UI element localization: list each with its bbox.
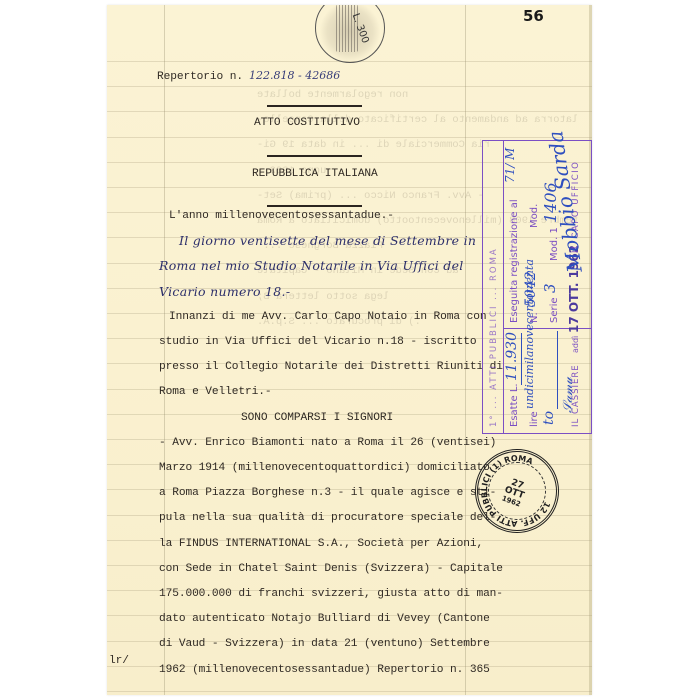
title-rule-middle [267,155,362,157]
esatte-underline [521,333,522,385]
eseguita-label: Eseguita registrazione al [509,199,520,323]
title-rule-bottom [267,205,362,207]
section-heading: SONO COMPARSI I SIGNORI [241,412,393,424]
typed-line: presso il Collegio Notarile dei Distrett… [159,361,503,373]
margin-note: lr/ [109,655,129,667]
esatte-label: Esatte L. [509,383,520,427]
typed-line: pula nella sua qualità di procuratore sp… [159,512,496,524]
ruled-line [107,691,592,692]
typed-line: 1962 (millenovecentosessantadue) Reperto… [159,664,490,676]
typed-line: di Vaud - Svizzera) in data 21 (ventuno)… [159,638,490,650]
mod-label-1: Mod. [529,204,540,228]
typed-line: Marzo 1914 (millenovecentoquattordici) d… [159,462,490,474]
handwritten-line: Roma nel mio Studio Notarile in Via Uffi… [159,258,464,273]
registration-stamp-header: 1° ... ATTI PUBBLICI ... ROMA [489,247,499,427]
ruled-line [107,86,592,87]
typed-line: con Sede in Chatel Saint Denis (Svizzera… [159,563,503,575]
revenue-stamp: L. 300 [315,5,385,63]
lire-value-cont: to [541,411,557,425]
title-rule-top [267,105,362,107]
typed-line: - Avv. Enrico Biamonti nato a Roma il 26… [159,437,496,449]
ruled-line [107,111,592,112]
n-value: 5042 [523,271,539,307]
repertorio-number: 122.818 - 42686 [249,69,340,82]
typed-line: a Roma Piazza Borghese n.3 - il quale ag… [159,487,496,499]
lire-underline [557,331,558,409]
serie-label: Serie [549,297,560,323]
typed-line: Roma e Velletri.- [159,386,271,398]
handwritten-line: Vicario numero 18.- [159,284,290,299]
bleed-through-line: ria Commerciale di ... in data 19 Gi- [257,139,490,151]
bleed-through-line: non regolarmente bollate [257,89,408,101]
ruled-line [107,137,592,138]
esatte-value: 11.930 [504,332,520,381]
repertorio-label: Repertorio n. [157,71,243,83]
cassiere-signature: 𝒮𝒶𝓂𝓊 [561,377,576,413]
registration-stamp: 1° ... ATTI PUBBLICI ... ROMA Esatte L. … [482,140,592,434]
typed-line: studio in Via Uffici del Vicario n.18 - … [159,336,476,348]
round-office-stamp: 12 UFF. ATTI PUBBLICI (1) ROMA 27 OTT 19… [475,449,559,533]
handwritten-line: Il giorno ventisette del mese di Settemb… [179,233,476,248]
stamp-divider [503,141,504,433]
typed-line: L'anno millenovecentosessantadue.- [169,210,394,222]
page-number: 56 [523,7,544,25]
bleed-through-line: - Avv. Franco Nicco ... (prima) Set- [257,190,484,202]
n-label: N. [529,312,540,323]
typed-line: Innanzi di me Avv. Carlo Capo Notaio in … [169,311,486,323]
document-subtitle: REPUBBLICA ITALIANA [252,168,378,180]
lire-label: lire [529,411,540,427]
document-page: non regolarmente bollatelatorra ad andam… [107,5,592,695]
typed-line: la FINDUS INTERNATIONAL S.A., Società pe… [159,538,483,550]
document-title: ATTO COSTITUTIVO [254,117,360,129]
serie-value: 3 [541,283,559,293]
typed-line: 175.000.000 di franchi svizzeri, giusta … [159,588,503,600]
addi-label: addì [571,336,580,353]
typed-line: dato autenticato Notajo Bulliard di Veve… [159,613,490,625]
mod-value-1: 71/ M [503,148,517,183]
